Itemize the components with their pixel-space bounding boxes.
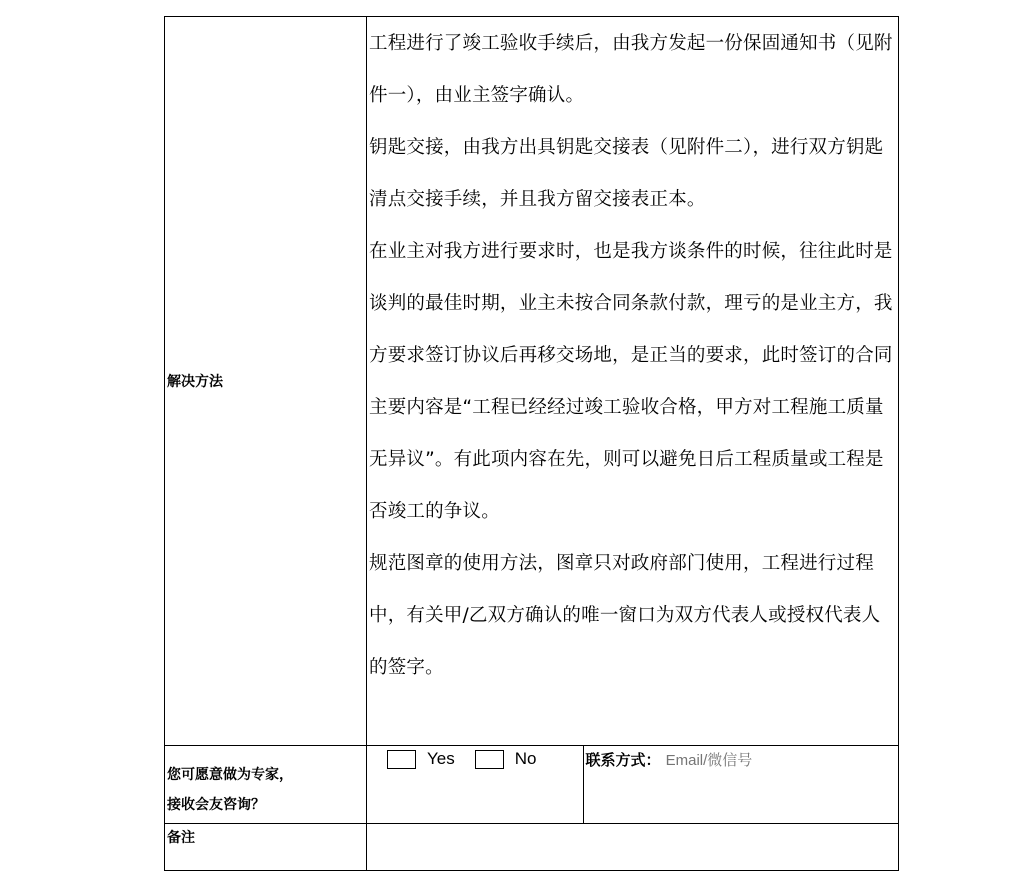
contact-label: 联系方式：	[586, 751, 661, 769]
expert-row: 您可愿意做为专家， 接收会友咨询？ Yes No	[165, 746, 899, 824]
contact-cell: 联系方式：	[583, 746, 899, 823]
expert-inner-table: Yes No 联系方式：	[367, 746, 899, 823]
solution-row: 解决方法 工程进行了竣工验收手续后，由我方发起一份保固通知书（见附件一），由业主…	[165, 17, 899, 746]
yes-label: Yes	[427, 749, 455, 769]
solution-content: 工程进行了竣工验收手续后，由我方发起一份保固通知书（见附件一），由业主签字确认。…	[367, 17, 899, 746]
contact-input[interactable]	[666, 752, 866, 769]
expert-question-line-2: 接收会友咨询？	[167, 790, 366, 820]
yes-checkbox[interactable]	[387, 750, 416, 769]
solution-paragraph-2: 钥匙交接，由我方出具钥匙交接表（见附件二），进行双方钥匙清点交接手续，并且我方留…	[369, 122, 896, 226]
solution-paragraph-3: 在业主对我方进行要求时，也是我方谈条件的时候，往往此时是谈判的最佳时期，业主未按…	[369, 226, 896, 538]
yes-no-cell: Yes No	[367, 746, 583, 823]
no-checkbox[interactable]	[475, 750, 504, 769]
expert-question-label: 您可愿意做为专家， 接收会友咨询？	[165, 746, 367, 824]
expert-question-line-1: 您可愿意做为专家，	[167, 760, 366, 790]
solution-paragraph-4: 规范图章的使用方法，图章只对政府部门使用，工程进行过程中，有关甲/乙双方确认的唯…	[369, 538, 896, 694]
expert-answer-cell: Yes No 联系方式：	[367, 746, 899, 824]
solution-paragraph-1: 工程进行了竣工验收手续后，由我方发起一份保固通知书（见附件一），由业主签字确认。	[369, 18, 896, 122]
solution-label: 解决方法	[165, 17, 367, 746]
remarks-label: 备注	[165, 824, 367, 871]
consultation-form-table: 解决方法 工程进行了竣工验收手续后，由我方发起一份保固通知书（见附件一），由业主…	[164, 16, 899, 871]
remarks-input-cell[interactable]	[367, 824, 899, 871]
no-label: No	[515, 749, 537, 769]
yes-no-choices: Yes No	[367, 746, 583, 769]
remarks-row: 备注	[165, 824, 899, 871]
